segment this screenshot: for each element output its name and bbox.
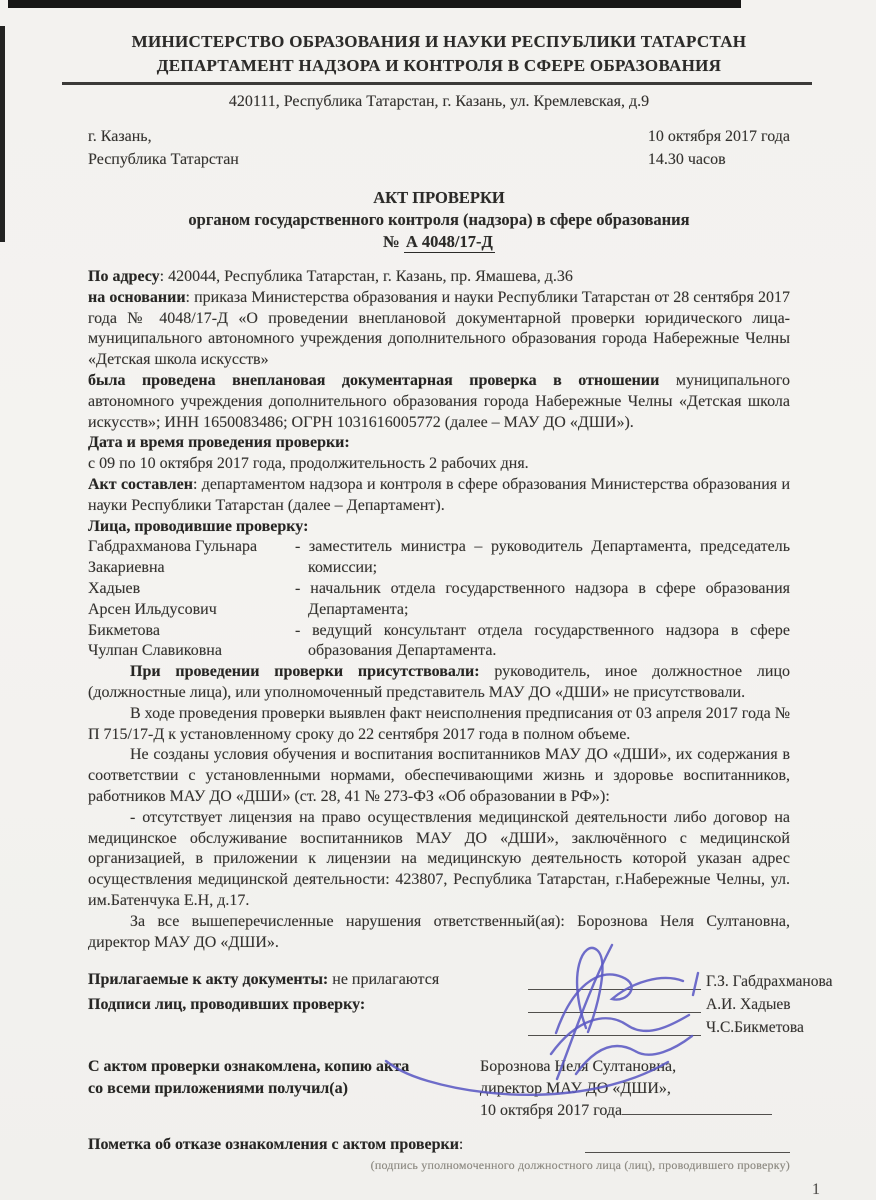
acknowledgement-recipient: Борознова Неля Султановна, директор МАУ … bbox=[480, 1056, 790, 1122]
scanned-document-page: МИНИСТЕРСТВО ОБРАЗОВАНИЯ И НАУКИ РЕСПУБЛ… bbox=[0, 0, 876, 1200]
signature-section: Прилагаемые к акту документы: не прилага… bbox=[88, 967, 790, 1036]
ack-label-line2: со всеми приложениями получил(а) bbox=[88, 1078, 480, 1100]
acknowledgement-section: С актом проверки ознакомлена, копию акта… bbox=[88, 1056, 790, 1122]
act-date: 10 октября 2017 года bbox=[648, 125, 790, 148]
title-line1: АКТ ПРОВЕРКИ bbox=[88, 187, 790, 209]
signer-name: Г.З. Габдрахманова bbox=[706, 973, 832, 990]
signer-name: Ч.С.Бикметова bbox=[706, 1019, 804, 1036]
scan-artifact-left-strip bbox=[0, 26, 5, 242]
signature-row: А.И. Хадыев bbox=[528, 990, 832, 1013]
number-sign: № bbox=[383, 232, 400, 251]
signature-row: Г.З. Габдрахманова bbox=[528, 967, 832, 990]
inspector-name: Хадыев Арсен Ильдусович bbox=[88, 579, 295, 621]
act-number: А 4048/17-Д bbox=[404, 232, 495, 253]
inspector-role: - начальник отдела государственного надз… bbox=[295, 579, 790, 621]
recipient-position: директор МАУ ДО «ДШИ», bbox=[480, 1078, 790, 1100]
paragraph-datetime-label: Дата и время проведения проверки: bbox=[88, 433, 790, 454]
paragraph-basis: на основании: приказа Министерства образ… bbox=[88, 288, 790, 371]
ministry-name: МИНИСТЕРСТВО ОБРАЗОВАНИЯ И НАУКИ РЕСПУБЛ… bbox=[88, 30, 790, 54]
paragraph-composed: Акт составлен: департаментом надзора и к… bbox=[88, 475, 790, 517]
place-city: г. Казань, bbox=[88, 125, 239, 148]
place-region: Республика Татарстан bbox=[88, 148, 239, 171]
department-address: 420111, Республика Татарстан, г. Казань,… bbox=[88, 91, 790, 113]
document-content: МИНИСТЕРСТВО ОБРАЗОВАНИЯ И НАУКИ РЕСПУБЛ… bbox=[0, 0, 876, 1199]
recipient-date: 10 октября 2017 года bbox=[480, 1102, 622, 1119]
basis-label: на основании bbox=[88, 289, 186, 306]
place-block: г. Казань, Республика Татарстан bbox=[88, 125, 239, 171]
signer-name: А.И. Хадыев bbox=[706, 996, 791, 1013]
signature-line bbox=[528, 1035, 701, 1036]
inspector-name: Бикметова Чулпан Славиковна bbox=[88, 621, 295, 663]
signature-block: Г.З. Габдрахманова А.И. Хадыев Ч.С.Бикме… bbox=[528, 967, 832, 1036]
act-time: 14.30 часов bbox=[648, 148, 790, 171]
signature-line bbox=[528, 1012, 701, 1013]
paragraph-conducted: была проведена внеплановая документарная… bbox=[88, 371, 790, 433]
present-label: При проведении проверки присутствовали: bbox=[130, 663, 480, 680]
document-title: АКТ ПРОВЕРКИ органом государственного ко… bbox=[88, 187, 790, 253]
attachments-value: не прилагаются bbox=[328, 971, 439, 988]
department-name: ДЕПАРТАМЕНТ НАДЗОРА И КОНТРОЛЯ В СФЕРЕ О… bbox=[88, 54, 790, 78]
recipient-name: Борознова Неля Султановна, bbox=[480, 1056, 790, 1078]
composed-label: Акт составлен bbox=[88, 476, 193, 493]
refusal-caption: (подпись уполномоченного должностного ли… bbox=[88, 1158, 790, 1173]
refusal-label: Пометка об отказе ознакомления с актом п… bbox=[88, 1134, 459, 1156]
scan-artifact-top-band bbox=[8, 0, 741, 8]
composed-value: : департаментом надзора и контроля в сфе… bbox=[88, 476, 790, 514]
ack-label-line1: С актом проверки ознакомлена, копию акта bbox=[88, 1056, 480, 1078]
paragraph-finding1: В ходе проведения проверки выявлен факт … bbox=[88, 704, 790, 746]
paragraph-responsible: За все вышеперечисленные нарушения ответ… bbox=[88, 912, 790, 954]
title-line2: органом государственного контроля (надзо… bbox=[88, 209, 790, 231]
document-body: По адресу: 420044, Республика Татарстан,… bbox=[88, 267, 790, 953]
datetime-block: 10 октября 2017 года 14.30 часов bbox=[648, 125, 790, 171]
paragraph-datetime-value: с 09 по 10 октября 2017 года, продолжите… bbox=[88, 454, 790, 475]
attachments-line: Прилагаемые к акту документы: не прилага… bbox=[88, 967, 528, 992]
attachments-label: Прилагаемые к акту документы: bbox=[88, 971, 328, 988]
recipient-signature-line bbox=[622, 1101, 772, 1115]
place-date-row: г. Казань, Республика Татарстан 10 октяб… bbox=[88, 125, 790, 171]
inspector-role: - заместитель министра – руководитель Де… bbox=[295, 537, 790, 579]
acknowledgement-labels: С актом проверки ознакомлена, копию акта… bbox=[88, 1056, 480, 1122]
paragraph-address: По адресу: 420044, Республика Татарстан,… bbox=[88, 267, 790, 288]
basis-value: : приказа Министерства образования и нау… bbox=[88, 289, 790, 368]
refusal-row: Пометка об отказе ознакомления с актом п… bbox=[88, 1134, 790, 1156]
refusal-signature-line bbox=[585, 1152, 790, 1153]
conducted-label: была проведена внеплановая документарная… bbox=[88, 372, 659, 389]
address-value: : 420044, Республика Татарстан, г. Казан… bbox=[160, 268, 573, 285]
paragraph-finding2: Не созданы условия обучения и воспитания… bbox=[88, 745, 790, 807]
paragraph-present: При проведении проверки присутствовали: … bbox=[88, 662, 790, 704]
signature-section-labels: Прилагаемые к акту документы: не прилага… bbox=[88, 967, 528, 1036]
inspector-role: - ведущий консультант отдела государстве… bbox=[295, 621, 790, 663]
paragraph-violation: - отсутствует лицензия на право осуществ… bbox=[88, 808, 790, 912]
signatures-label: Подписи лиц, проводивших проверку: bbox=[88, 992, 528, 1017]
recipient-date-line: 10 октября 2017 года bbox=[480, 1100, 790, 1122]
address-label: По адресу bbox=[88, 268, 160, 285]
inspector-name: Габдрахманова Гульнара Закариевна bbox=[88, 537, 295, 579]
refusal-colon: : bbox=[459, 1134, 463, 1156]
title-number-line: № А 4048/17-Д bbox=[88, 231, 790, 253]
inspector-row: Хадыев Арсен Ильдусович - начальник отде… bbox=[88, 579, 790, 621]
signature-row: Ч.С.Бикметова bbox=[528, 1013, 832, 1036]
header-divider bbox=[62, 82, 812, 85]
page-number: 1 bbox=[88, 1181, 820, 1199]
refusal-section: Пометка об отказе ознакомления с актом п… bbox=[88, 1134, 790, 1173]
paragraph-persons-label: Лица, проводившие проверку: bbox=[88, 517, 790, 538]
inspector-row: Бикметова Чулпан Славиковна - ведущий ко… bbox=[88, 621, 790, 663]
signature-line bbox=[528, 989, 701, 990]
inspector-row: Габдрахманова Гульнара Закариевна - заме… bbox=[88, 537, 790, 579]
